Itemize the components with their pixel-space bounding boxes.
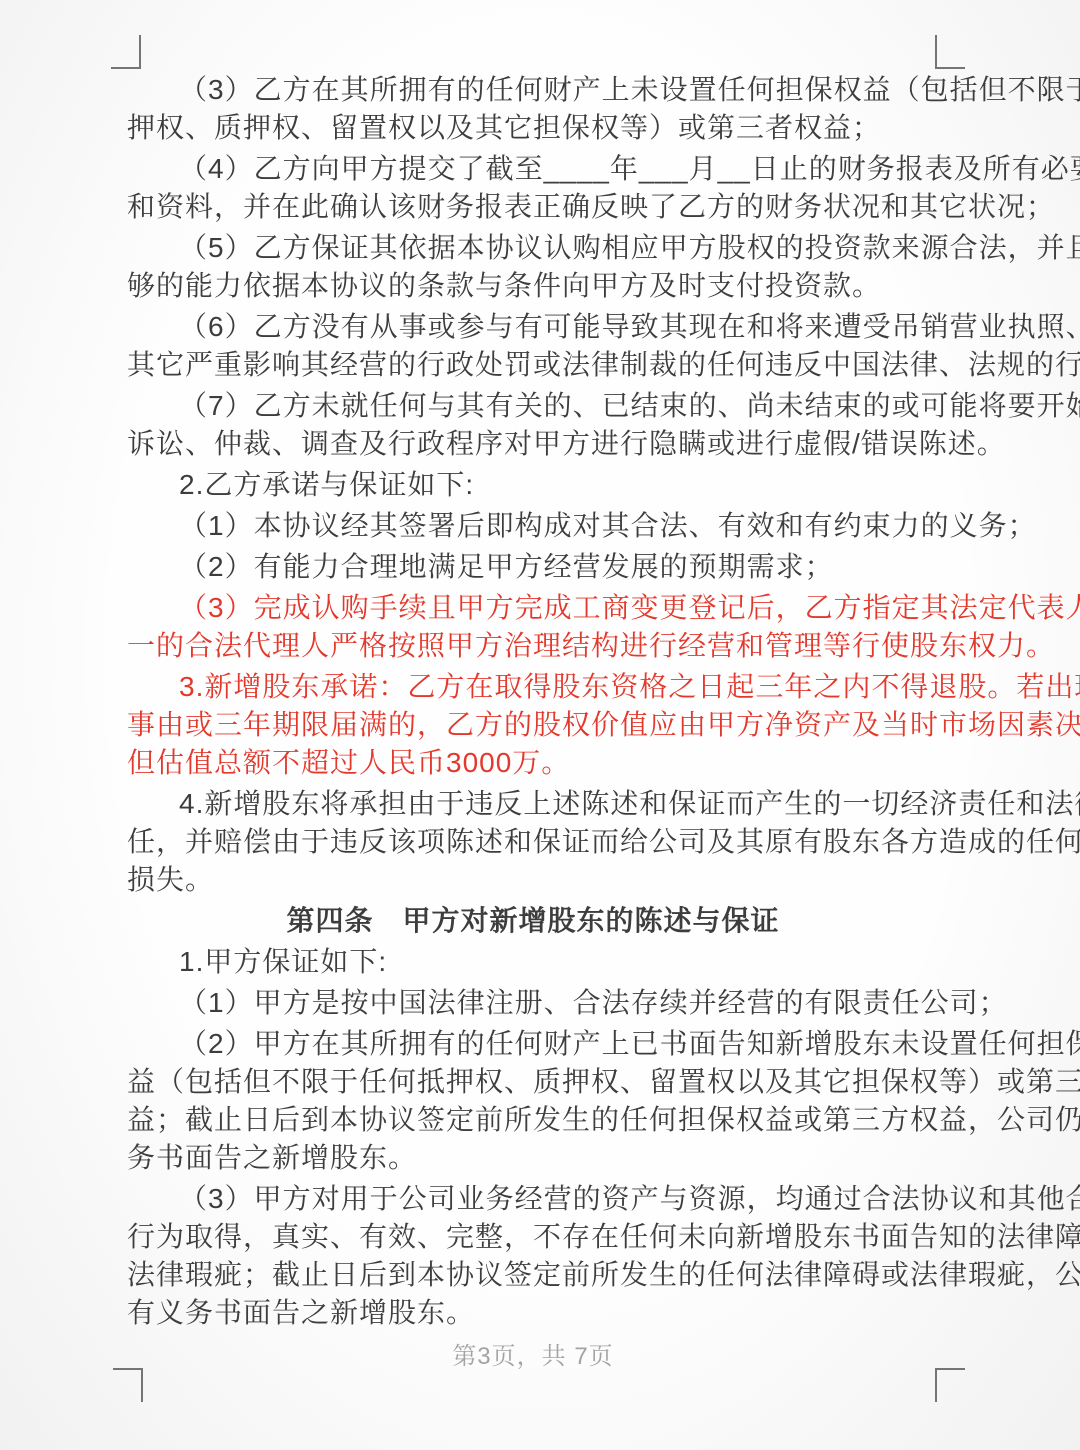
crop-mark-top-left <box>111 35 141 69</box>
text-line: 但估值总额不超过人民币3000万。 <box>127 744 939 782</box>
text-line: 押权、质押权、留置权以及其它担保权等）或第三者权益； <box>127 109 939 147</box>
text-line: 2.乙方承诺与保证如下: <box>127 466 939 504</box>
text-line: （5）乙方保证其依据本协议认购相应甲方股权的投资款来源合法，并且其有足 <box>127 229 939 267</box>
text-line: （3）乙方在其所拥有的任何财产上未设置任何担保权益（包括但不限于任何抵 <box>127 71 939 109</box>
text-line: 和资料，并在此确认该财务报表正确反映了乙方的财务状况和其它状况； <box>127 188 939 226</box>
text-line: （7）乙方未就任何与其有关的、已结束的、尚未结束的或可能将要开始的任何 <box>127 387 939 425</box>
text-line: 损失。 <box>127 861 939 899</box>
text-line: 益；截止日后到本协议签定前所发生的任何担保权益或第三方权益，公司仍有义 <box>127 1101 939 1139</box>
text-line: 事由或三年期限届满的，乙方的股权价值应由甲方净资产及当时市场因素决定， <box>127 706 939 744</box>
text-line: （1）甲方是按中国法律注册、合法存续并经营的有限责任公司； <box>127 984 939 1022</box>
text-line: （3）甲方对用于公司业务经营的资产与资源，均通过合法协议和其他合法 <box>127 1180 939 1218</box>
document-page: （3）乙方在其所拥有的任何财产上未设置任何担保权益（包括但不限于任何抵押权、质押… <box>0 0 1080 1450</box>
text-line: 务书面告之新增股东。 <box>127 1139 939 1177</box>
document-body: （3）乙方在其所拥有的任何财产上未设置任何担保权益（包括但不限于任何抵押权、质押… <box>127 71 939 1376</box>
crop-mark-top-right <box>935 35 965 69</box>
text-line: （4）乙方向甲方提交了截至____年___月__日止的财务报表及所有必要的文件 <box>127 150 939 188</box>
text-line: 其它严重影响其经营的行政处罚或法律制裁的任何违反中国法律、法规的行为； <box>127 346 939 384</box>
text-line: 4.新增股东将承担由于违反上述陈述和保证而产生的一切经济责任和法律责 <box>127 785 939 823</box>
text-line: （6）乙方没有从事或参与有可能导致其现在和将来遭受吊销营业执照、罚款或 <box>127 308 939 346</box>
text-line: （1）本协议经其签署后即构成对其合法、有效和有约束力的义务； <box>127 507 939 545</box>
text-line: 够的能力依据本协议的条款与条件向甲方及时支付投资款。 <box>127 267 939 305</box>
text-line: 3.新增股东承诺：乙方在取得股东资格之日起三年之内不得退股。若出现定 <box>127 668 939 706</box>
text-line: 法律瑕疵；截止日后到本协议签定前所发生的任何法律障碍或法律瑕疵，公司仍 <box>127 1256 939 1294</box>
crop-mark-bottom-right <box>935 1368 965 1402</box>
page-number: 第3页，共 7页 <box>127 1338 939 1376</box>
text-line: 行为取得，真实、有效、完整，不存在任何未向新增股东书面告知的法律障碍或 <box>127 1218 939 1256</box>
text-line: 1.甲方保证如下: <box>127 943 939 981</box>
text-line: （2）有能力合理地满足甲方经营发展的预期需求； <box>127 548 939 586</box>
text-line: 有义务书面告之新增股东。 <box>127 1294 939 1332</box>
text-line: 一的合法代理人严格按照甲方治理结构进行经营和管理等行使股东权力。 <box>127 627 939 665</box>
text-line: （3）完成认购手续且甲方完成工商变更登记后，乙方指定其法定代表人为唯 <box>127 589 939 627</box>
text-line: 任，并赔偿由于违反该项陈述和保证而给公司及其原有股东各方造成的任何直接 <box>127 823 939 861</box>
text-line: 益（包括但不限于任何抵押权、质押权、留置权以及其它担保权等）或第三者权 <box>127 1063 939 1101</box>
section-heading: 第四条 甲方对新增股东的陈述与保证 <box>127 902 939 940</box>
text-line: 诉讼、仲裁、调查及行政程序对甲方进行隐瞒或进行虚假/错误陈述。 <box>127 425 939 463</box>
text-line: （2）甲方在其所拥有的任何财产上已书面告知新增股东未设置任何担保权 <box>127 1025 939 1063</box>
